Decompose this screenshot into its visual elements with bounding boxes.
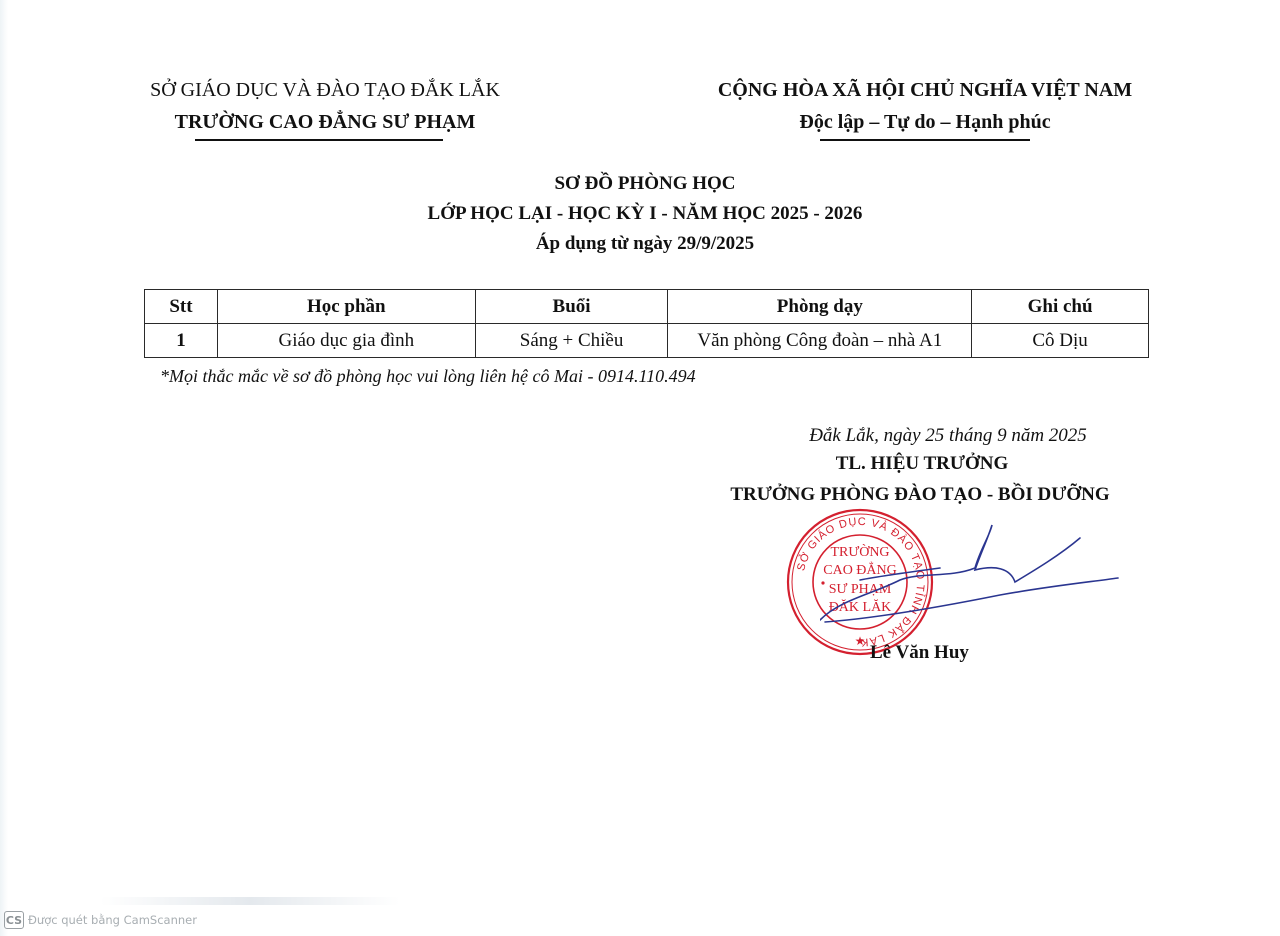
scanned-document-page: SỞ GIÁO DỤC VÀ ĐÀO TẠO ĐẮK LẮK TRƯỜNG CA… — [0, 0, 1280, 936]
cell-stt: 1 — [145, 324, 218, 358]
signature-block: Đắk Lắk, ngày 25 tháng 9 năm 2025 TL. HI… — [705, 423, 1135, 511]
column-header-session: Buổi — [475, 290, 668, 324]
contact-note: *Mọi thắc mắc về sơ đồ phòng học vui lòn… — [160, 366, 696, 387]
column-header-note: Ghi chú — [972, 290, 1149, 324]
school-name: TRƯỜNG CAO ĐẲNG SƯ PHẠM — [140, 109, 510, 135]
cell-session: Sáng + Chiều — [475, 324, 668, 358]
title-line-1: SƠ ĐỒ PHÒNG HỌC — [0, 169, 1280, 199]
national-motto: Độc lập – Tự do – Hạnh phúc — [705, 109, 1145, 135]
signer-role-principal: TL. HIỆU TRƯỞNG — [707, 449, 1137, 479]
school-name-underline — [195, 139, 443, 141]
signer-name: Lê Văn Huy — [870, 642, 969, 664]
camscanner-text: Được quét bằng CamScanner — [28, 913, 197, 927]
country-name: CỘNG HÒA XÃ HỘI CHỦ NGHĨA VIỆT NAM — [705, 78, 1145, 102]
title-line-2: LỚP HỌC LẠI - HỌC KỲ I - NĂM HỌC 2025 - … — [0, 199, 1280, 229]
motto-underline — [820, 139, 1030, 141]
title-effective-date: Áp dụng từ ngày 29/9/2025 — [0, 229, 1280, 259]
camscanner-watermark: CS Được quét bằng CamScanner — [4, 911, 197, 929]
handwritten-signature — [820, 520, 1140, 630]
cell-course: Giáo dục gia đình — [217, 324, 475, 358]
camscanner-logo-icon: CS — [4, 911, 24, 929]
column-header-stt: Stt — [145, 290, 218, 324]
column-header-room: Phòng dạy — [668, 290, 972, 324]
place-and-date: Đắk Lắk, ngày 25 tháng 9 năm 2025 — [733, 423, 1163, 449]
issuing-authority-header: SỞ GIÁO DỤC VÀ ĐÀO TẠO ĐẮK LẮK TRƯỜNG CA… — [140, 78, 510, 141]
document-title: SƠ ĐỒ PHÒNG HỌC LỚP HỌC LẠI - HỌC KỲ I -… — [0, 169, 1280, 259]
svg-text:★: ★ — [855, 634, 866, 648]
scan-edge — [0, 0, 8, 936]
table-row: 1 Giáo dục gia đình Sáng + Chiều Văn phò… — [145, 324, 1149, 358]
signer-role-department: TRƯỞNG PHÒNG ĐÀO TẠO - BỒI DƯỠNG — [705, 479, 1135, 511]
department-name: SỞ GIÁO DỤC VÀ ĐÀO TẠO ĐẮK LẮK — [140, 78, 510, 102]
national-motto-header: CỘNG HÒA XÃ HỘI CHỦ NGHĨA VIỆT NAM Độc l… — [705, 78, 1145, 141]
cell-room: Văn phòng Công đoàn – nhà A1 — [668, 324, 972, 358]
column-header-course: Học phần — [217, 290, 475, 324]
cell-note: Cô Dịu — [972, 324, 1149, 358]
table-header-row: Stt Học phần Buổi Phòng dạy Ghi chú — [145, 290, 1149, 324]
scan-artifact — [100, 897, 400, 905]
classroom-schedule-table: Stt Học phần Buổi Phòng dạy Ghi chú 1 Gi… — [144, 289, 1149, 358]
